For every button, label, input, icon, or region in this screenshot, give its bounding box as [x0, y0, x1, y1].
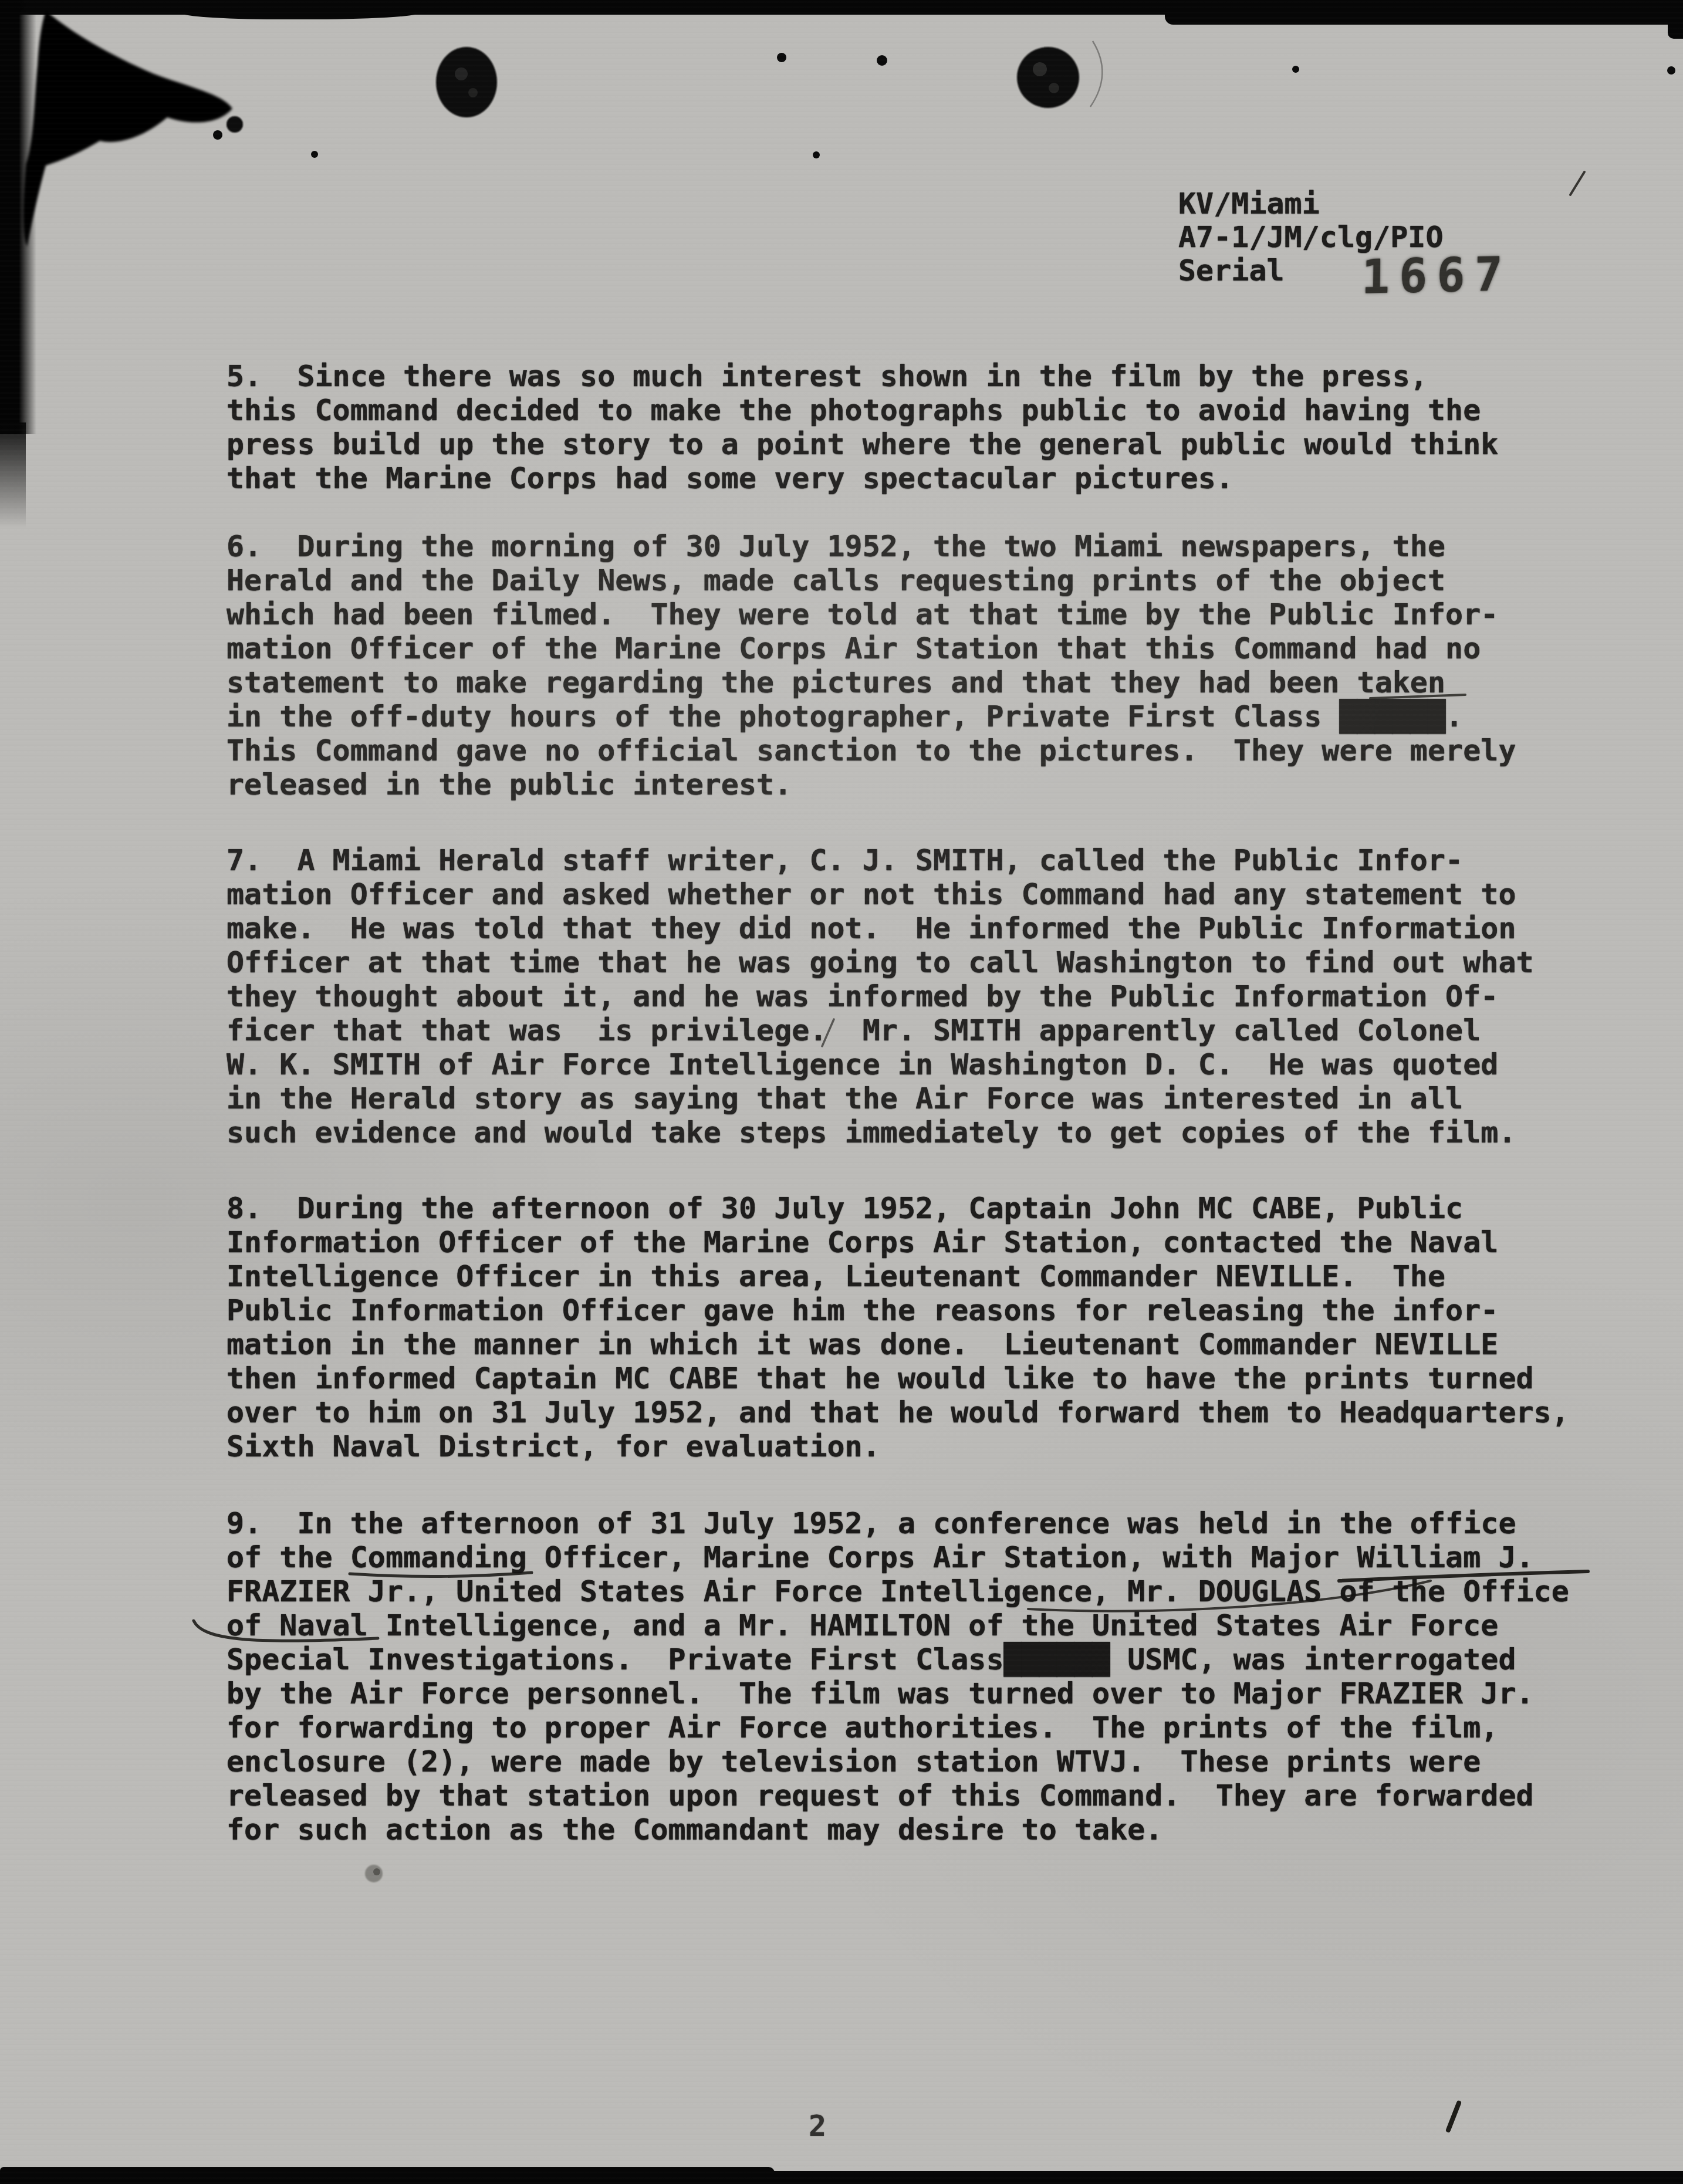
header-serial-label: Serial — [1178, 253, 1285, 288]
paragraph-5: 5. Since there was so much interest show… — [227, 359, 1498, 495]
paragraph-9: 9. In the afternoon of 31 July 1952, a c… — [227, 1506, 1569, 1847]
paragraph-6: 6. During the morning of 30 July 1952, t… — [227, 529, 1516, 802]
header-reference-line1: KV/Miami — [1178, 187, 1320, 221]
page-number: 2 — [809, 2109, 826, 2143]
scanned-document-page: KV/Miami A7-1/JM/clg/PIO Serial 1667 5. … — [0, 0, 1683, 2184]
paragraph-8: 8. During the afternoon of 30 July 1952,… — [227, 1191, 1569, 1463]
scan-edge-left-strip-fade — [0, 422, 26, 528]
corner-fold-artifact — [23, 11, 232, 246]
scan-edge-left-strip — [0, 0, 36, 434]
ink-spot-right — [1017, 41, 1102, 108]
ink-spot-left — [436, 47, 497, 117]
pen-tick-bottom-right — [1448, 2103, 1459, 2130]
scan-edge-top-right-nub — [1668, 0, 1683, 39]
scan-edge-top-band-bump — [176, 0, 428, 19]
scan-edge-top-band-right — [1165, 0, 1683, 25]
scan-edge-bottom-band-left — [0, 2167, 775, 2184]
paragraph-7: 7. A Miami Herald staff writer, C. J. SM… — [227, 843, 1534, 1150]
pen-slash-above-header — [1570, 172, 1584, 195]
serial-number-stamp: 1667 — [1361, 251, 1512, 300]
